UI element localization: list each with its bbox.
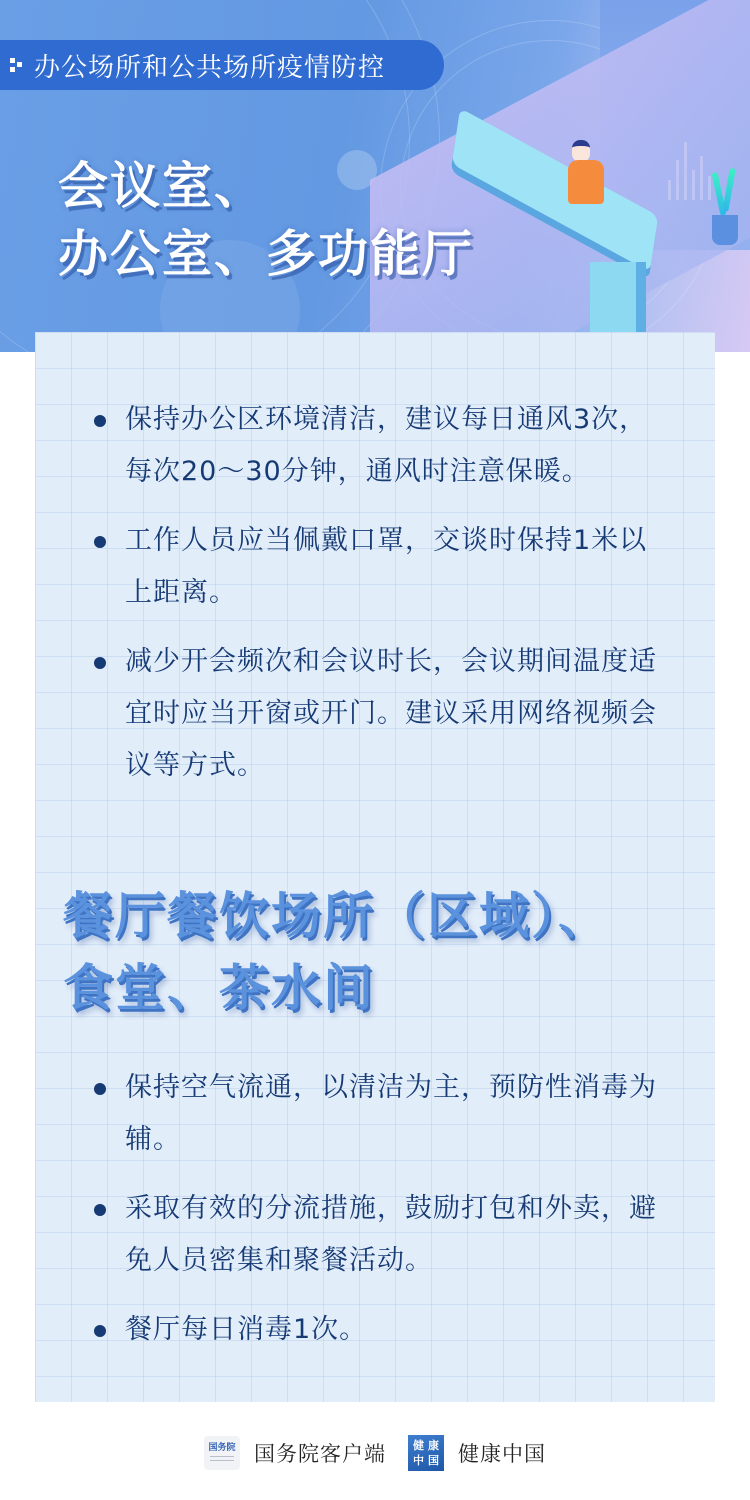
category-label-text: 办公场所和公共场所疫情防控 <box>34 47 385 84</box>
logo-char: 健 <box>413 1439 424 1453</box>
list-item: 减少开会频次和会议时长，会议期间温度适宜时应当开窗或开门。建议采用网络视频会议等… <box>35 636 715 792</box>
list-item-text: 采取有效的分流措施，鼓励打包和外卖，避免人员密集和聚餐活动。 <box>125 1183 675 1287</box>
source-label-state-council: 国务院客户端 <box>254 1438 386 1468</box>
plant-pot-icon <box>712 215 738 245</box>
arrow-bullet-icon <box>10 58 24 72</box>
list-item: 工作人员应当佩戴口罩，交谈时保持1米以上距离。 <box>35 515 715 619</box>
list-item-text: 保持空气流通，以清洁为主，预防性消毒为辅。 <box>125 1062 675 1166</box>
page-title-line-1: 会议室、 <box>58 146 266 218</box>
category-label: 办公场所和公共场所疫情防控 <box>0 40 444 90</box>
bullet-dot-icon <box>94 1083 106 1095</box>
list-item: 保持办公区环境清洁，建议每日通风3次，每次20～30分钟，通风时注意保暖。 <box>35 394 715 498</box>
section-office-list: 保持办公区环境清洁，建议每日通风3次，每次20～30分钟，通风时注意保暖。 工作… <box>35 394 715 809</box>
section-dining-list: 保持空气流通，以清洁为主，预防性消毒为辅。 采取有效的分流措施，鼓励打包和外卖，… <box>35 1062 715 1373</box>
list-item-text: 工作人员应当佩戴口罩，交谈时保持1米以上距离。 <box>125 515 675 619</box>
bullet-dot-icon <box>94 657 106 669</box>
healthy-china-logo-icon: 健 康 中 国 <box>408 1435 444 1471</box>
list-item-text: 保持办公区环境清洁，建议每日通风3次，每次20～30分钟，通风时注意保暖。 <box>125 394 675 498</box>
list-item-text: 餐厅每日消毒1次。 <box>125 1304 675 1356</box>
list-item: 保持空气流通，以清洁为主，预防性消毒为辅。 <box>35 1062 715 1166</box>
list-item-text: 减少开会频次和会议时长，会议期间温度适宜时应当开窗或开门。建议采用网络视频会议等… <box>125 636 675 792</box>
header-banner: 办公场所和公共场所疫情防控 会议室、 办公室、多功能厅 <box>0 0 750 352</box>
bullet-dot-icon <box>94 1325 106 1337</box>
content-card: 保持办公区环境清洁，建议每日通风3次，每次20～30分钟，通风时注意保暖。 工作… <box>35 332 715 1402</box>
footer-sources: 国务院 国务院客户端 健 康 中 国 健康中国 <box>0 1430 750 1476</box>
logo-text: 国务院 <box>208 1440 235 1453</box>
person-head-illustration <box>572 140 590 162</box>
logo-char: 中 <box>413 1454 424 1468</box>
state-council-logo-icon: 国务院 <box>204 1436 240 1470</box>
source-label-healthy-china: 健康中国 <box>458 1438 546 1468</box>
list-item: 餐厅每日消毒1次。 <box>35 1304 715 1356</box>
section-title-line-1: 餐厅餐饮场所（区域）、 <box>63 880 610 952</box>
list-item: 采取有效的分流措施，鼓励打包和外卖，避免人员密集和聚餐活动。 <box>35 1183 715 1287</box>
section-title-line-2: 食堂、茶水间 <box>63 952 375 1024</box>
bullet-dot-icon <box>94 1204 106 1216</box>
person-illustration <box>568 160 604 204</box>
page-title-line-2: 办公室、多功能厅 <box>58 214 474 286</box>
bullet-dot-icon <box>94 536 106 548</box>
logo-char: 国 <box>428 1454 439 1468</box>
logo-char: 康 <box>428 1439 439 1453</box>
cabinet-illustration <box>590 262 646 332</box>
bullet-dot-icon <box>94 415 106 427</box>
